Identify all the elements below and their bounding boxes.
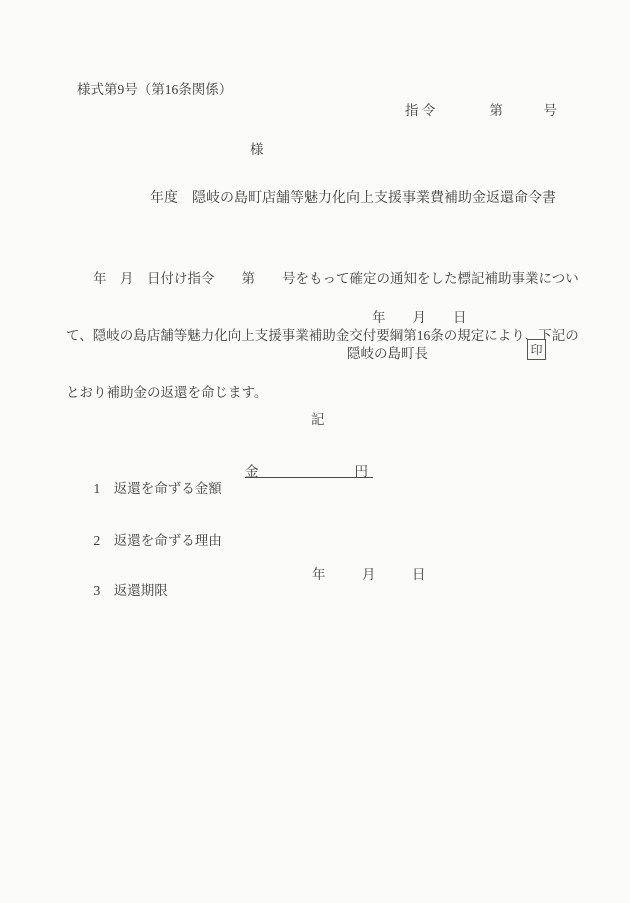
body-line-2: て、隠岐の島店舗等魅力化向上支援事業補助金交付要綱第16条の規定により、下記の [66,326,579,345]
item-3-label: 返還期限 [114,583,168,598]
addressee-honorific: 様 [250,138,264,158]
document-title: 年度 隠岐の島町店舗等魅力化向上支援事業費補助金返還命令書 [150,187,556,207]
amount-suffix: 円 [355,460,369,477]
list-item-2: 2 返還を命ずる理由 [80,513,222,565]
list-item-3: 3 返還期限 [80,563,168,615]
form-number: 様式第9号（第16条関係） [77,78,232,98]
body-line-3: とおり補助金の返還を命じます。 [66,383,579,402]
deadline-day-label: 日 [412,563,426,583]
notice-heading: 記 [311,408,325,428]
item-1-label: 返還を命ずる金額 [114,481,222,496]
seal-placeholder-box: 印 [527,339,546,360]
list-item-1: 1 返還を命ずる金額 [80,461,222,513]
deadline-year-label: 年 [312,563,326,583]
directive-number-line: 指 令 第 号 [405,99,557,119]
body-line-1: 年 月 日付け指令 第 号をもって確定の通知をした標記補助事業につい [66,269,579,288]
amount-fill-in-field: 金 円 [245,460,373,478]
issue-date-line: 年 月 日 [372,306,467,326]
seal-character: 印 [530,341,542,358]
issuer-name: 隠岐の島町長 [347,342,428,362]
amount-prefix: 金 [245,460,259,477]
item-2-label: 返還を命ずる理由 [114,533,222,548]
deadline-month-label: 月 [362,563,376,583]
document-page: 様式第9号（第16条関係） 指 令 第 号 様 年度 隠岐の島町店舗等魅力化向上… [0,0,630,903]
